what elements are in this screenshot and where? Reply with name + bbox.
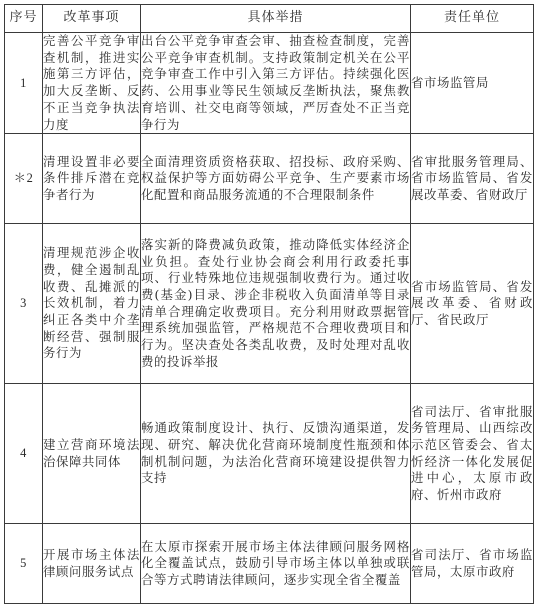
row-number: 4 bbox=[5, 384, 43, 524]
specific-measure: 出台公平竞争审查会审、抽查检查制度，完善公平竞争审查机制。支持政策制定机关在公平… bbox=[141, 33, 411, 134]
header-no: 序号 bbox=[5, 5, 43, 33]
responsible-unit: 省司法厅、省审批服务管理局、山西综改示范区管委会、省太忻经济一体化发展促进中心，… bbox=[411, 384, 534, 524]
responsible-unit-text: 省司法厅、省审批服务管理局、山西综改示范区管委会、省太忻经济一体化发展促进中心，… bbox=[411, 404, 533, 504]
specific-measure: 畅通政策制度设计、执行、反馈沟通渠道，发现、研究、解决优化营商环境制度性瓶颈和体… bbox=[141, 384, 411, 524]
reform-item-text: 完善公平竞争审查机制，推进实施第三方评估，加大反垄断、反不正当竞争执法力度 bbox=[43, 33, 140, 133]
row-number: 3 bbox=[5, 224, 43, 384]
reform-item: 开展市场主体法律顾问服务试点 bbox=[43, 524, 141, 604]
table-row: 4 建立营商环境法治保障共同体 畅通政策制度设计、执行、反馈沟通渠道，发现、研究… bbox=[5, 384, 534, 524]
responsible-unit: 省市场监管局、省发展改革委、省财政厅、省民政厅 bbox=[411, 224, 534, 384]
reform-item: 建立营商环境法治保障共同体 bbox=[43, 384, 141, 524]
header-unit: 责任单位 bbox=[411, 5, 534, 33]
specific-measure-text: 畅通政策制度设计、执行、反馈沟通渠道，发现、研究、解决优化营商环境制度性瓶颈和体… bbox=[141, 420, 410, 487]
table-header: 序号 改革事项 具体举措 责任单位 bbox=[5, 5, 534, 33]
row-number: ＊2 bbox=[5, 134, 43, 224]
responsible-unit-text: 省市场监管局 bbox=[411, 75, 533, 92]
responsible-unit: 省市场监管局 bbox=[411, 33, 534, 134]
responsible-unit-text: 省司法厅、省市场监管局，太原市政府 bbox=[411, 547, 533, 580]
responsible-unit-text: 省审批服务管理局、省市场监管局、省发展改革委、省财政厅 bbox=[411, 154, 533, 204]
specific-measure: 落实新的降费减负政策，推动降低实体经济企业负担。查处行业协会商会利用行政委托事项… bbox=[141, 224, 411, 384]
table-row: 3 清理规范涉企收费，健全遏制乱收费、乱摊派的长效机制，着力纠正各类中介垄断经营… bbox=[5, 224, 534, 384]
reform-item-text: 开展市场主体法律顾问服务试点 bbox=[43, 547, 140, 580]
responsible-unit-text: 省市场监管局、省发展改革委、省财政厅、省民政厅 bbox=[411, 279, 533, 329]
specific-measure-text: 落实新的降费减负政策，推动降低实体经济企业负担。查处行业协会商会利用行政委托事项… bbox=[141, 237, 410, 371]
reform-item: 完善公平竞争审查机制，推进实施第三方评估，加大反垄断、反不正当竞争执法力度 bbox=[43, 33, 141, 134]
specific-measure: 在太原市探索开展市场主体法律顾问服务网格化全覆盖试点，鼓励引导市场主体以单独或联… bbox=[141, 524, 411, 604]
reform-item-text: 清理规范涉企收费，健全遏制乱收费、乱摊派的长效机制，着力纠正各类中介垄断经营、强… bbox=[43, 245, 140, 362]
responsible-unit: 省司法厅、省市场监管局，太原市政府 bbox=[411, 524, 534, 604]
header-measure: 具体举措 bbox=[141, 5, 411, 33]
reform-measures-table: 序号 改革事项 具体举措 责任单位 1 完善公平竞争审查机制，推进实施第三方评估… bbox=[4, 4, 534, 604]
reform-item-text: 清理设置非必要条件排斥潜在竞争者行为 bbox=[43, 154, 140, 204]
table-body: 1 完善公平竞争审查机制，推进实施第三方评估，加大反垄断、反不正当竞争执法力度 … bbox=[5, 33, 534, 604]
row-number: 1 bbox=[5, 33, 43, 134]
table-row: 1 完善公平竞争审查机制，推进实施第三方评估，加大反垄断、反不正当竞争执法力度 … bbox=[5, 33, 534, 134]
reform-item: 清理规范涉企收费，健全遏制乱收费、乱摊派的长效机制，着力纠正各类中介垄断经营、强… bbox=[43, 224, 141, 384]
header-item: 改革事项 bbox=[43, 5, 141, 33]
header-row: 序号 改革事项 具体举措 责任单位 bbox=[5, 5, 534, 33]
specific-measure-text: 出台公平竞争审查会审、抽查检查制度，完善公平竞争审查机制。支持政策制定机关在公平… bbox=[141, 33, 410, 133]
row-number: 5 bbox=[5, 524, 43, 604]
specific-measure-text: 在太原市探索开展市场主体法律顾问服务网格化全覆盖试点，鼓励引导市场主体以单独或联… bbox=[141, 539, 410, 589]
responsible-unit: 省审批服务管理局、省市场监管局、省发展改革委、省财政厅 bbox=[411, 134, 534, 224]
table-row: ＊2 清理设置非必要条件排斥潜在竞争者行为 全面清理资质资格获取、招投标、政府采… bbox=[5, 134, 534, 224]
reform-item-text: 建立营商环境法治保障共同体 bbox=[43, 437, 140, 470]
table-row: 5 开展市场主体法律顾问服务试点 在太原市探索开展市场主体法律顾问服务网格化全覆… bbox=[5, 524, 534, 604]
specific-measure-text: 全面清理资质资格获取、招投标、政府采购、权益保护等方面妨碍公平竞争、生产要素市场… bbox=[141, 154, 410, 204]
reform-item: 清理设置非必要条件排斥潜在竞争者行为 bbox=[43, 134, 141, 224]
specific-measure: 全面清理资质资格获取、招投标、政府采购、权益保护等方面妨碍公平竞争、生产要素市场… bbox=[141, 134, 411, 224]
